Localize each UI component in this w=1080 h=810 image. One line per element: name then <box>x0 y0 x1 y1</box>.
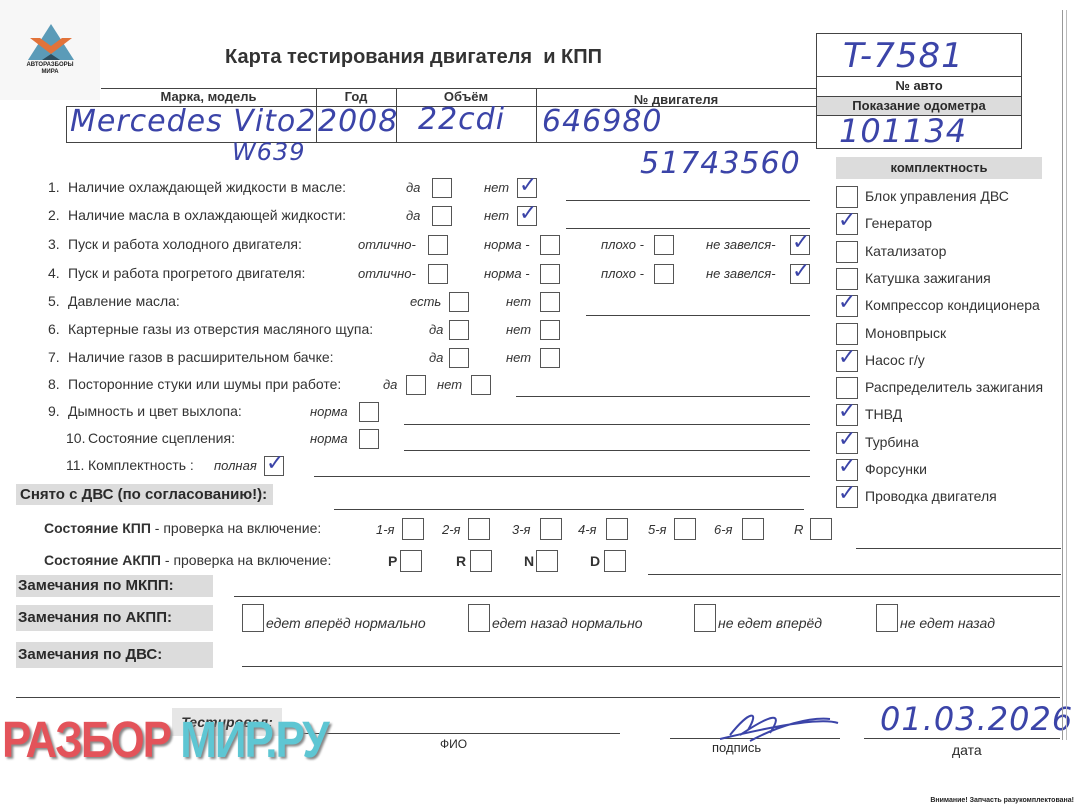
check-option-checkbox[interactable] <box>264 456 284 476</box>
notice-text: Внимание! Запчасть разукомплектована! <box>930 797 1074 804</box>
check-option-label: норма - <box>484 237 530 252</box>
check-option-checkbox[interactable] <box>540 235 560 255</box>
manual-gearbox-label: Состояние КПП - проверка на включение: <box>44 520 321 536</box>
check-option-label: да <box>406 208 420 223</box>
check-label: Наличие масла в охлаждающей жидкости: <box>68 207 346 223</box>
completeness-checkbox[interactable] <box>836 241 858 263</box>
logo-line1: АВТОРАЗБОРЫ <box>0 62 100 69</box>
check-label: Посторонние стуки или шумы при работе: <box>68 376 341 392</box>
check-option-label: отлично- <box>358 266 416 281</box>
manual-gear-label: 4-я <box>578 522 597 537</box>
completeness-item-label: Компрессор кондиционера <box>865 297 1040 313</box>
check-label: Наличие газов в расширительном бачке: <box>68 349 334 365</box>
manual-gear-label: 1-я <box>376 522 395 537</box>
check-label: Давление масла: <box>68 293 180 309</box>
check-option-checkbox[interactable] <box>359 429 379 449</box>
note-line[interactable] <box>404 450 810 451</box>
completeness-checkbox[interactable] <box>836 323 858 345</box>
check-number: 10. <box>66 430 85 446</box>
completeness-item-label: Генератор <box>865 215 932 231</box>
manual-gearbox-label-rest: - проверка на включение: <box>151 520 321 536</box>
check-option-label: плохо - <box>601 266 644 281</box>
manual-gear-label: 5-я <box>648 522 667 537</box>
check-label: Комплектность : <box>88 457 194 473</box>
note-line[interactable] <box>404 424 810 425</box>
volume-value[interactable]: 22cdi <box>418 102 505 137</box>
auto-gearbox-label-bold: Состояние АКПП <box>44 552 161 568</box>
check-option-checkbox[interactable] <box>471 375 491 395</box>
signature-label: подпись <box>712 740 761 755</box>
logo: АВТОРАЗБОРЫ МИРА <box>0 0 100 100</box>
check-number: 6. <box>48 321 60 337</box>
logo-icon <box>28 24 74 60</box>
check-option-label: нет <box>437 377 462 392</box>
check-option-label: норма - <box>484 266 530 281</box>
manual-gear-checkbox[interactable] <box>540 518 562 540</box>
auto-remark-label: не едет назад <box>900 615 995 631</box>
check-option-checkbox[interactable] <box>517 178 537 198</box>
auto-gearbox-label-rest: - проверка на включение: <box>161 552 331 568</box>
check-label: Состояние сцепления: <box>88 430 235 446</box>
header-year: Год <box>316 89 396 104</box>
completeness-checkbox[interactable] <box>836 295 858 317</box>
check-label: Пуск и работа прогретого двигателя: <box>68 265 305 281</box>
auto-remark-checkbox[interactable] <box>876 604 898 632</box>
note-line[interactable] <box>516 396 810 397</box>
note-line[interactable] <box>566 228 810 229</box>
note-line[interactable] <box>314 476 810 477</box>
check-option-checkbox[interactable] <box>517 206 537 226</box>
check-option-label: полная <box>214 458 257 473</box>
check-number: 1. <box>48 179 60 195</box>
manual-gear-label: R <box>794 522 803 537</box>
check-option-checkbox[interactable] <box>428 235 448 255</box>
manual-gear-checkbox[interactable] <box>810 518 832 540</box>
completeness-checkbox[interactable] <box>836 404 858 426</box>
check-option-label: плохо - <box>601 237 644 252</box>
auto-gear-label: R <box>456 553 466 569</box>
check-option-checkbox[interactable] <box>359 402 379 422</box>
date-value[interactable]: 01.03.2026 <box>880 700 1073 738</box>
auto-gear-checkbox[interactable] <box>604 550 626 572</box>
manual-gear-label: 6-я <box>714 522 733 537</box>
auto-gear-label: N <box>524 553 534 569</box>
manual-gear-checkbox[interactable] <box>742 518 764 540</box>
check-number: 2. <box>48 207 60 223</box>
check-option-checkbox[interactable] <box>428 264 448 284</box>
auto-remark-label: едет назад нормально <box>492 615 643 631</box>
completeness-item-label: Распределитель зажигания <box>865 379 1043 395</box>
auto-remark-label: не едет вперёд <box>718 615 822 631</box>
check-option-checkbox[interactable] <box>449 292 469 312</box>
auto-remark-checkbox[interactable] <box>468 604 490 632</box>
check-option-label: нет <box>506 322 531 337</box>
check-option-label: нет <box>506 350 531 365</box>
check-label: Дымность и цвет выхлопа: <box>68 403 242 419</box>
completeness-checkbox[interactable] <box>836 213 858 235</box>
completeness-checkbox[interactable] <box>836 486 858 508</box>
watermark: РАЗБОР МИР.РУ <box>2 712 328 770</box>
year-value[interactable]: 2008 <box>318 104 398 139</box>
completeness-checkbox[interactable] <box>836 350 858 372</box>
logo-line2: МИРА <box>0 69 100 76</box>
check-option-label: да <box>429 350 443 365</box>
check-option-checkbox[interactable] <box>540 292 560 312</box>
check-number: 7. <box>48 349 60 365</box>
auto-gear-label: D <box>590 553 600 569</box>
manual-gear-label: 3-я <box>512 522 531 537</box>
check-option-label: есть <box>410 294 441 309</box>
note-line[interactable] <box>566 200 810 201</box>
manual-gear-checkbox[interactable] <box>606 518 628 540</box>
check-option-label: нет <box>484 208 509 223</box>
model-value[interactable]: Mercedes Vito2 <box>70 104 316 139</box>
check-number: 3. <box>48 236 60 252</box>
completeness-item-label: Катализатор <box>865 243 946 259</box>
check-option-checkbox[interactable] <box>790 235 810 255</box>
car-number-value[interactable]: T-7581 <box>843 36 964 76</box>
check-option-checkbox[interactable] <box>654 264 674 284</box>
check-option-label: норма <box>310 404 348 419</box>
note-line[interactable] <box>586 315 810 316</box>
watermark-part1: РАЗБОР <box>2 712 170 768</box>
signature-scribble <box>690 705 840 745</box>
auto-remark-checkbox[interactable] <box>242 604 264 632</box>
check-option-checkbox[interactable] <box>432 206 452 226</box>
check-option-checkbox[interactable] <box>540 264 560 284</box>
fio-label: ФИО <box>440 737 467 751</box>
check-option-checkbox[interactable] <box>406 375 426 395</box>
auto-gearbox-label: Состояние АКПП - проверка на включение: <box>44 552 331 568</box>
auto-gear-checkbox[interactable] <box>400 550 422 572</box>
check-label: Картерные газы из отверстия масляного щу… <box>68 321 373 337</box>
check-option-label: нет <box>506 294 531 309</box>
completeness-item-label: Моновпрыск <box>865 325 946 341</box>
auto-remark-checkbox[interactable] <box>694 604 716 632</box>
engine-no-value[interactable]: 646980 <box>542 104 663 139</box>
auto-gear-checkbox[interactable] <box>536 550 558 572</box>
check-number: 9. <box>48 403 60 419</box>
check-label: Пуск и работа холодного двигателя: <box>68 236 302 252</box>
check-option-label: отлично- <box>358 237 416 252</box>
manual-gearbox-label-bold: Состояние КПП <box>44 520 151 536</box>
completeness-checkbox[interactable] <box>836 186 858 208</box>
check-number: 5. <box>48 293 60 309</box>
check-option-checkbox[interactable] <box>654 235 674 255</box>
check-option-checkbox[interactable] <box>449 348 469 368</box>
check-option-label: да <box>383 377 397 392</box>
completeness-checkbox[interactable] <box>836 268 858 290</box>
logo-text: АВТОРАЗБОРЫ МИРА <box>0 62 100 76</box>
page-title: Карта тестирования двигателя и КПП <box>225 46 602 69</box>
auto-gear-checkbox[interactable] <box>470 550 492 572</box>
check-option-checkbox[interactable] <box>540 320 560 340</box>
car-number-box: T-7581 № авто Показание одометра 101134 <box>816 33 1022 149</box>
check-option-label: да <box>406 180 420 195</box>
check-option-label: норма <box>310 431 348 446</box>
check-option-label: да <box>429 322 443 337</box>
remarks-manual-label: Замечания по МКПП: <box>16 575 213 597</box>
manual-gear-checkbox[interactable] <box>468 518 490 540</box>
manual-gear-checkbox[interactable] <box>674 518 696 540</box>
check-number: 4. <box>48 265 60 281</box>
auto-remark-label: едет вперёд нормально <box>266 615 426 631</box>
completeness-item-label: Блок управления ДВС <box>865 188 1009 204</box>
completeness-item-label: Насос г/у <box>865 352 925 368</box>
check-option-checkbox[interactable] <box>432 178 452 198</box>
completeness-item-label: Турбина <box>865 434 919 450</box>
check-option-checkbox[interactable] <box>449 320 469 340</box>
check-option-checkbox[interactable] <box>790 264 810 284</box>
completeness-item-label: Форсунки <box>865 461 927 477</box>
check-option-label: не завелся- <box>706 266 776 281</box>
removed-label: Снято с ДВС (по согласованию!): <box>16 484 273 505</box>
manual-gear-label: 2-я <box>442 522 461 537</box>
remarks-auto-label: Замечания по АКПП: <box>16 605 213 631</box>
check-option-checkbox[interactable] <box>540 348 560 368</box>
check-option-label: не завелся- <box>706 237 776 252</box>
check-number: 8. <box>48 376 60 392</box>
completeness-checkbox[interactable] <box>836 432 858 454</box>
remarks-engine-label: Замечания по ДВС: <box>16 642 213 668</box>
auto-gear-label: P <box>388 553 397 569</box>
check-option-label: нет <box>484 180 509 195</box>
completeness-item-label: Проводка двигателя <box>865 488 997 504</box>
check-number: 11. <box>66 457 84 473</box>
watermark-part2: МИР.РУ <box>180 712 327 768</box>
header-table: Марка, модель Год Объём № двигателя Merc… <box>66 88 816 142</box>
check-label: Наличие охлаждающей жидкости в масле: <box>68 179 346 195</box>
car-number-label: № авто <box>817 78 1021 93</box>
completeness-item-label: Катушка зажигания <box>865 270 991 286</box>
date-label: дата <box>952 742 982 758</box>
manual-gear-checkbox[interactable] <box>402 518 424 540</box>
completeness-item-label: ТНВД <box>865 406 902 422</box>
engine-no-extra-value[interactable]: 51743560 <box>640 146 801 181</box>
model-extra-value[interactable]: W639 <box>232 138 306 166</box>
header-model: Марка, модель <box>101 89 316 104</box>
completeness-checkbox[interactable] <box>836 459 858 481</box>
completeness-title: комплектность <box>836 157 1042 179</box>
completeness-checkbox[interactable] <box>836 377 858 399</box>
odometer-value[interactable]: 101134 <box>839 112 967 150</box>
